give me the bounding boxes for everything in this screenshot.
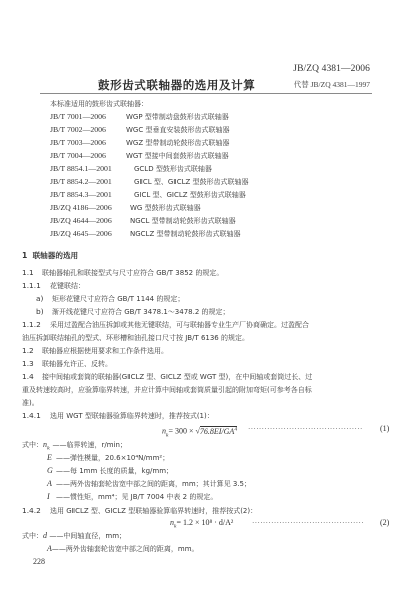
equation-number: (1) bbox=[380, 424, 389, 433]
clause-1-4-1: 1.4.1选用 WGT 型联轴器验算临界转速时，推荐按式(1)： bbox=[22, 411, 214, 421]
variable-symbol: d bbox=[43, 531, 47, 541]
standard-desc: WG 型鼓形齿式联轴器 bbox=[130, 204, 201, 212]
section-heading: 1 联轴器的选用 bbox=[22, 251, 78, 261]
where-label: 式中： bbox=[22, 532, 43, 540]
clause-number: 1.3 bbox=[22, 359, 42, 369]
dot-leader: ········································… bbox=[248, 425, 363, 433]
standard-code: JB/T 8854.2—2001 bbox=[50, 177, 134, 187]
document-title: 鼓形齿式联轴器的选用及计算 bbox=[98, 77, 255, 93]
clause-1-4-cont: 准)。 bbox=[22, 398, 39, 408]
clause-text: 采用过盈配合油压拆卸或其他无键联结，可与联轴器专业生产厂协商确定。过盈配合 bbox=[50, 321, 309, 329]
item-text: 矩形花键尺寸应符合 GB/T 1144 的规定； bbox=[52, 295, 184, 303]
clause-1-1-2: 1.1.2采用过盈配合油压拆卸或其他无键联结，可与联轴器专业生产厂协商确定。过盈… bbox=[22, 320, 309, 330]
item-text: 渐开线花键尺寸应符合 GB/T 3478.1～3478.2 的规定； bbox=[52, 308, 230, 316]
clause-text: 联轴器应根据使用要求和工作条件选用。 bbox=[42, 347, 168, 355]
variable-def: 式中：d ——中间轴直径，mm； bbox=[22, 531, 126, 541]
variable-def: I——惯性矩，mm⁴；见 JB/T 7004 中表 2 的规定。 bbox=[47, 492, 217, 502]
clause-number: 1.1.2 bbox=[22, 320, 50, 330]
standard-desc: NGCLZ 型带制动轮鼓形齿式联轴器 bbox=[130, 230, 240, 238]
standard-desc: WGC 型垂直安装鼓形齿式联轴器 bbox=[126, 126, 229, 134]
formula-radicand: 76.8EI/GA4 bbox=[200, 426, 237, 436]
list-item: JB/T 8854.3—2001GⅠCL 型、GⅠCLZ 型鼓形齿式联轴器 bbox=[50, 190, 246, 200]
clause-1-4-cont: 重及转速较高时，应验算临界转速，并应计算中间轴或套筒质量引起的附加弯矩(可参考各… bbox=[22, 385, 312, 395]
variable-def: E——弹性模量，20.6×10⁴N/mm²； bbox=[47, 453, 169, 463]
header-rule bbox=[40, 93, 372, 94]
clause-1-4: 1.4接中间轴或套筒的联轴器(GⅡCLZ 型、GⅠCLZ 型或 WGT 型)，在… bbox=[22, 372, 312, 382]
standard-code: JB/T 7003—2006 bbox=[50, 138, 126, 148]
variable-symbol: G bbox=[47, 466, 56, 476]
list-item: JB/T 8854.1—2001GCLD 型鼓形齿式联轴器 bbox=[50, 164, 212, 174]
variable-symbol: E bbox=[47, 453, 56, 463]
clause-text: 选用 WGT 型联轴器验算临界转速时，推荐按式(1)： bbox=[50, 412, 214, 420]
list-item: JB/T 7003—2006WGZ 型带制动轮鼓形齿式联轴器 bbox=[50, 138, 229, 148]
list-item: JB/T 7002—2006WGC 型垂直安装鼓形齿式联轴器 bbox=[50, 125, 229, 135]
clause-number: 1.4.2 bbox=[22, 506, 50, 516]
clause-1-2: 1.2联轴器应根据使用要求和工作条件选用。 bbox=[22, 346, 168, 356]
clause-text: 选用 GⅡCLZ 型、GⅠCLZ 型联轴器验算临界转速时，推荐按式(2)： bbox=[50, 507, 257, 515]
variable-definition: ——两外齿轴套轮齿宽中部之间的距离，mm。 bbox=[52, 545, 199, 553]
clause-1-3: 1.3联轴器允许正、反转。 bbox=[22, 359, 112, 369]
intro-text: 本标准适用的鼓形齿式联轴器： bbox=[50, 99, 148, 109]
document-page: JB/ZQ 4381—2006 代替 JB/ZQ 4381—1997 鼓形齿式联… bbox=[0, 0, 417, 590]
standard-desc: NGCL 型带制动轮鼓形齿式联轴器 bbox=[130, 217, 236, 225]
clause-number: 1.1.1 bbox=[22, 281, 50, 291]
clause-number: 1.2 bbox=[22, 346, 42, 356]
standard-desc: WGT 型接中间套鼓形齿式联轴器 bbox=[126, 152, 229, 160]
standard-desc: WGP 型带制动盘鼓形齿式联轴器 bbox=[126, 113, 229, 121]
standard-desc: GⅠCL 型、GⅠCLZ 型鼓形齿式联轴器 bbox=[134, 191, 246, 199]
standard-desc: GⅡCL 型、GⅡCLZ 型鼓形齿式联轴器 bbox=[134, 178, 249, 186]
standard-number: JB/ZQ 4381—2006 bbox=[293, 64, 370, 74]
variable-def: A——两外齿轴套轮齿宽中部之间的距离，mm。 bbox=[47, 544, 199, 554]
list-item: JB/ZQ 4644—2006NGCL 型带制动轮鼓形齿式联轴器 bbox=[50, 216, 236, 226]
variable-definition: ——惯性矩，mm⁴；见 JB/T 7004 中表 2 的规定。 bbox=[56, 493, 217, 501]
clause-text: 联轴器轴孔和联接型式与尺寸应符合 GB/T 3852 的规定。 bbox=[42, 269, 223, 277]
clause-1-1-1-a: a)矩形花键尺寸应符合 GB/T 1144 的规定； bbox=[36, 294, 184, 304]
replaces-standard: 代替 JB/ZQ 4381—1997 bbox=[294, 79, 370, 90]
equation-number: (2) bbox=[380, 518, 389, 527]
variable-definition: ——中间轴直径，mm； bbox=[49, 532, 126, 540]
formula-rhs: = 1.2 × 10⁸ · d/A² bbox=[176, 518, 233, 527]
variable-symbol: A bbox=[47, 479, 56, 489]
page-number: 228 bbox=[33, 557, 45, 566]
clause-text: 花键联结： bbox=[50, 282, 85, 290]
section-number: 1 bbox=[22, 251, 27, 260]
list-item: JB/T 7004—2006WGT 型接中间套鼓形齿式联轴器 bbox=[50, 151, 229, 161]
item-label: b) bbox=[36, 307, 52, 317]
variable-definition: ——每 1mm 长度的质量，kg/mm； bbox=[56, 467, 173, 475]
standard-code: JB/ZQ 4186—2006 bbox=[50, 203, 130, 213]
variable-definition: ——弹性模量，20.6×10⁴N/mm²； bbox=[56, 454, 169, 462]
clause-1-1-1: 1.1.1花键联结： bbox=[22, 281, 85, 291]
variable-definition: ——两外齿轴套轮齿宽中部之间的距离，mm；其计算见 3.5； bbox=[56, 480, 251, 488]
clause-text: 联轴器允许正、反转。 bbox=[42, 360, 112, 368]
clause-1-1-2-cont: 油压拆卸联结轴孔的型式、环形槽和油孔接口尺寸按 JB/T 6136 的规定。 bbox=[22, 333, 249, 343]
standard-desc: GCLD 型鼓形齿式联轴器 bbox=[134, 165, 212, 173]
standard-code: JB/ZQ 4645—2006 bbox=[50, 229, 130, 239]
list-item: JB/T 7001—2006WGP 型带制动盘鼓形齿式联轴器 bbox=[50, 112, 229, 122]
clause-1-1: 1.1联轴器轴孔和联接型式与尺寸应符合 GB/T 3852 的规定。 bbox=[22, 268, 223, 278]
variable-definition: ——临界转速，r/min； bbox=[52, 441, 126, 449]
dot-leader: ········································… bbox=[252, 519, 364, 527]
clause-1-4-2: 1.4.2选用 GⅡCLZ 型、GⅠCLZ 型联轴器验算临界转速时，推荐按式(2… bbox=[22, 506, 257, 516]
clause-text: 接中间轴或套筒的联轴器(GⅡCLZ 型、GⅠCLZ 型或 WGT 型)，在中间轴… bbox=[42, 373, 312, 381]
formula-2: nk= 1.2 × 10⁸ · d/A² bbox=[170, 518, 233, 532]
standard-desc: WGZ 型带制动轮鼓形齿式联轴器 bbox=[126, 139, 229, 147]
clause-number: 1.4 bbox=[22, 372, 42, 382]
list-item: JB/ZQ 4645—2006NGCLZ 型带制动轮鼓形齿式联轴器 bbox=[50, 229, 240, 239]
formula-1: nk= 300 × √76.8EI/GA4 bbox=[162, 424, 237, 440]
variable-def: G——每 1mm 长度的质量，kg/mm； bbox=[47, 466, 173, 476]
standard-code: JB/T 7002—2006 bbox=[50, 125, 126, 135]
item-label: a) bbox=[36, 294, 52, 304]
formula-rhs-pre: = 300 × √ bbox=[168, 427, 199, 436]
variable-def: A——两外齿轴套轮齿宽中部之间的距离，mm；其计算见 3.5； bbox=[47, 479, 251, 489]
clause-number: 1.4.1 bbox=[22, 411, 50, 421]
standard-code: JB/T 8854.1—2001 bbox=[50, 164, 134, 174]
clause-number: 1.1 bbox=[22, 268, 42, 278]
section-title: 联轴器的选用 bbox=[33, 251, 79, 260]
list-item: JB/T 8854.2—2001GⅡCL 型、GⅡCLZ 型鼓形齿式联轴器 bbox=[50, 177, 249, 187]
standard-code: JB/ZQ 4644—2006 bbox=[50, 216, 130, 226]
standard-code: JB/T 7004—2006 bbox=[50, 151, 126, 161]
standard-code: JB/T 8854.3—2001 bbox=[50, 190, 134, 200]
clause-1-1-1-b: b)渐开线花键尺寸应符合 GB/T 3478.1～3478.2 的规定； bbox=[36, 307, 230, 317]
standard-code: JB/T 7001—2006 bbox=[50, 112, 126, 122]
variable-def: 式中：nk ——临界转速，r/min； bbox=[22, 440, 127, 454]
list-item: JB/ZQ 4186—2006WG 型鼓形齿式联轴器 bbox=[50, 203, 201, 213]
variable-symbol: I bbox=[47, 492, 56, 502]
where-label: 式中： bbox=[22, 441, 43, 449]
